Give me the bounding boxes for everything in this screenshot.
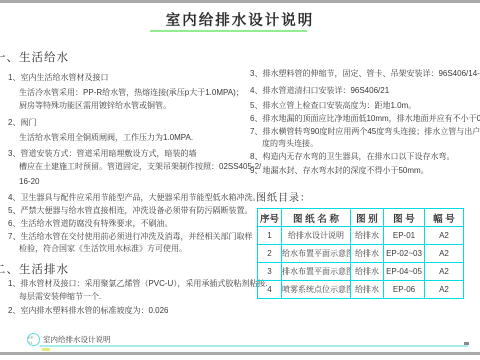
cell-size: A2 [425, 227, 464, 245]
footer-drawing-title: 室内给排水设计说明 [43, 334, 111, 345]
note-line: 生活冷水管采用：PP-R给水管，热熔连接(承压p大于1.0MPA)； [19, 87, 244, 98]
cell-number: EP-04~05 [384, 263, 425, 281]
cell-name: 给水布置平面示意图 [282, 245, 351, 263]
scale-mark [464, 342, 469, 345]
page-border-top [0, 0, 480, 3]
note-line: 2、阀门 [8, 117, 36, 128]
cell-number: EP-06 [384, 281, 425, 299]
table-row: 3 排水布置平面示意图 给排水 EP-04~05 A2 [258, 263, 464, 281]
drawing-catalog-table: 序号 图 纸 名 称 图 别 图 号 幅 号 1 给排水设计说明 给排水 EP-… [257, 208, 464, 299]
header-name: 图 纸 名 称 [282, 209, 351, 227]
note-line: 7、生活给水管在交付使用前必须进行冲洗及消毒，并经相关部门取样 [8, 231, 252, 242]
section-heading-drainage: 二、生活排水 [0, 261, 69, 277]
table-row: 2 给水布置平面示意图 给排水 EP-02~03 A2 [258, 245, 464, 263]
cell-name: 给排水设计说明 [282, 227, 351, 245]
footer-yellow-tick [42, 348, 50, 351]
note-line: 16-20 [19, 177, 39, 186]
note-line: 4、卫生器具与配件应采用节能型产品，大便器采用节能型低水箱冲洗。 [8, 192, 260, 203]
note-line: 厨房等特殊功能区需用镀锌给水管或铜管。 [19, 100, 171, 111]
note-line: 5、严禁大便器与给水管直接相连，冲洗设备必须带有防污隔断装置。 [8, 205, 252, 216]
cell-name: 排水布置平面示意图 [282, 263, 351, 281]
section-heading-water-supply: 一、生活给水 [0, 49, 69, 65]
note-line: 4、排水管道清扫口安装详：96S406/21 [250, 85, 389, 96]
note-line: 7、排水横管转弯90度时应用两个45度弯头连接；排水立管与出户连接应用两个45 [250, 126, 480, 137]
table-row: 4 喷雾系统点位示意图 给排水 EP-06 A2 [258, 281, 464, 299]
drawing-sheet: 室内给排水设计说明 一、生活给水 1、室内生活给水管材及接口 生活冷水管采用：P… [0, 0, 480, 360]
cell-size: A2 [425, 281, 464, 299]
cell-number: EP-02~03 [384, 245, 425, 263]
title-underline [150, 30, 307, 32]
cell-type: 给排水 [351, 263, 384, 281]
page-title: 室内给排水设计说明 [0, 9, 480, 30]
cell-seq: 2 [258, 245, 282, 263]
note-line: 9、地漏水封、存水弯水封的深度不得小于50mm。 [250, 165, 429, 176]
table-row: 1 给排水设计说明 给排水 EP-01 A2 [258, 227, 464, 245]
cell-seq: 3 [258, 263, 282, 281]
note-line: 1、室内生活给水管材及接口 [8, 72, 108, 83]
cell-type: 给排水 [351, 281, 384, 299]
note-line: 每层需安装伸缩节一个. [19, 291, 101, 302]
page-border-bottom [0, 352, 480, 355]
note-line: 2、室内排水塑料排水管的标准坡度为：0.026 [8, 305, 168, 316]
note-line: 8、构造内无存水弯的卫生器具，在排水口以下设存水弯。 [250, 151, 454, 162]
header-size: 幅 号 [425, 209, 464, 227]
cell-number: EP-01 [384, 227, 425, 245]
catalog-header-row: 序号 图 纸 名 称 图 别 图 号 幅 号 [258, 209, 464, 227]
note-line: 5、排水立管上检查口安装高度为：距地1.0m。 [250, 100, 416, 111]
note-line: 检验，符合国家《生活饮用水标准》方可使用。 [19, 243, 187, 254]
note-line: 生活给水管采用全铜质闸阀，工作压力为1.0MPA. [19, 132, 193, 143]
cell-seq: 1 [258, 227, 282, 245]
header-seq: 序号 [258, 209, 282, 227]
cell-type: 给排水 [351, 245, 384, 263]
note-line: 1、排水管材及接口：采用聚氯乙烯管（PVC-U），采用承插式胶粘剂粘接. [8, 278, 268, 289]
cell-size: A2 [425, 263, 464, 281]
footer-underline [40, 345, 468, 347]
catalog-heading: 图纸目录： [256, 189, 311, 204]
note-line: 3、管道安装方式：管道采用暗埋敷设方式，暗装的墙 [8, 148, 196, 159]
header-number: 图 号 [384, 209, 425, 227]
note-line: 度的弯头连接。 [262, 138, 318, 149]
cell-name: 喷雾系统点位示意图 [282, 281, 351, 299]
cell-type: 给排水 [351, 227, 384, 245]
header-type: 图 别 [351, 209, 384, 227]
cell-size: A2 [425, 245, 464, 263]
detail-reference-bubble: EP-01 [27, 333, 40, 346]
note-line: 槽应在土建施工时预留。管道固定，支架吊架制作按照：02SS405-2/ [19, 161, 261, 172]
cell-seq: 4 [258, 281, 282, 299]
note-line: 6、排水地漏的顶面应比净地面低10mm，排水地面并应有不小于0.01大坡度坡向地… [250, 113, 480, 124]
note-line: 6、生活给水管道防腐没有特殊要求，不刷油。 [8, 218, 172, 229]
note-line: 3、排水塑料管的伸缩节，固定、管卡、吊架安装详：96S406/14-17 [250, 68, 480, 79]
